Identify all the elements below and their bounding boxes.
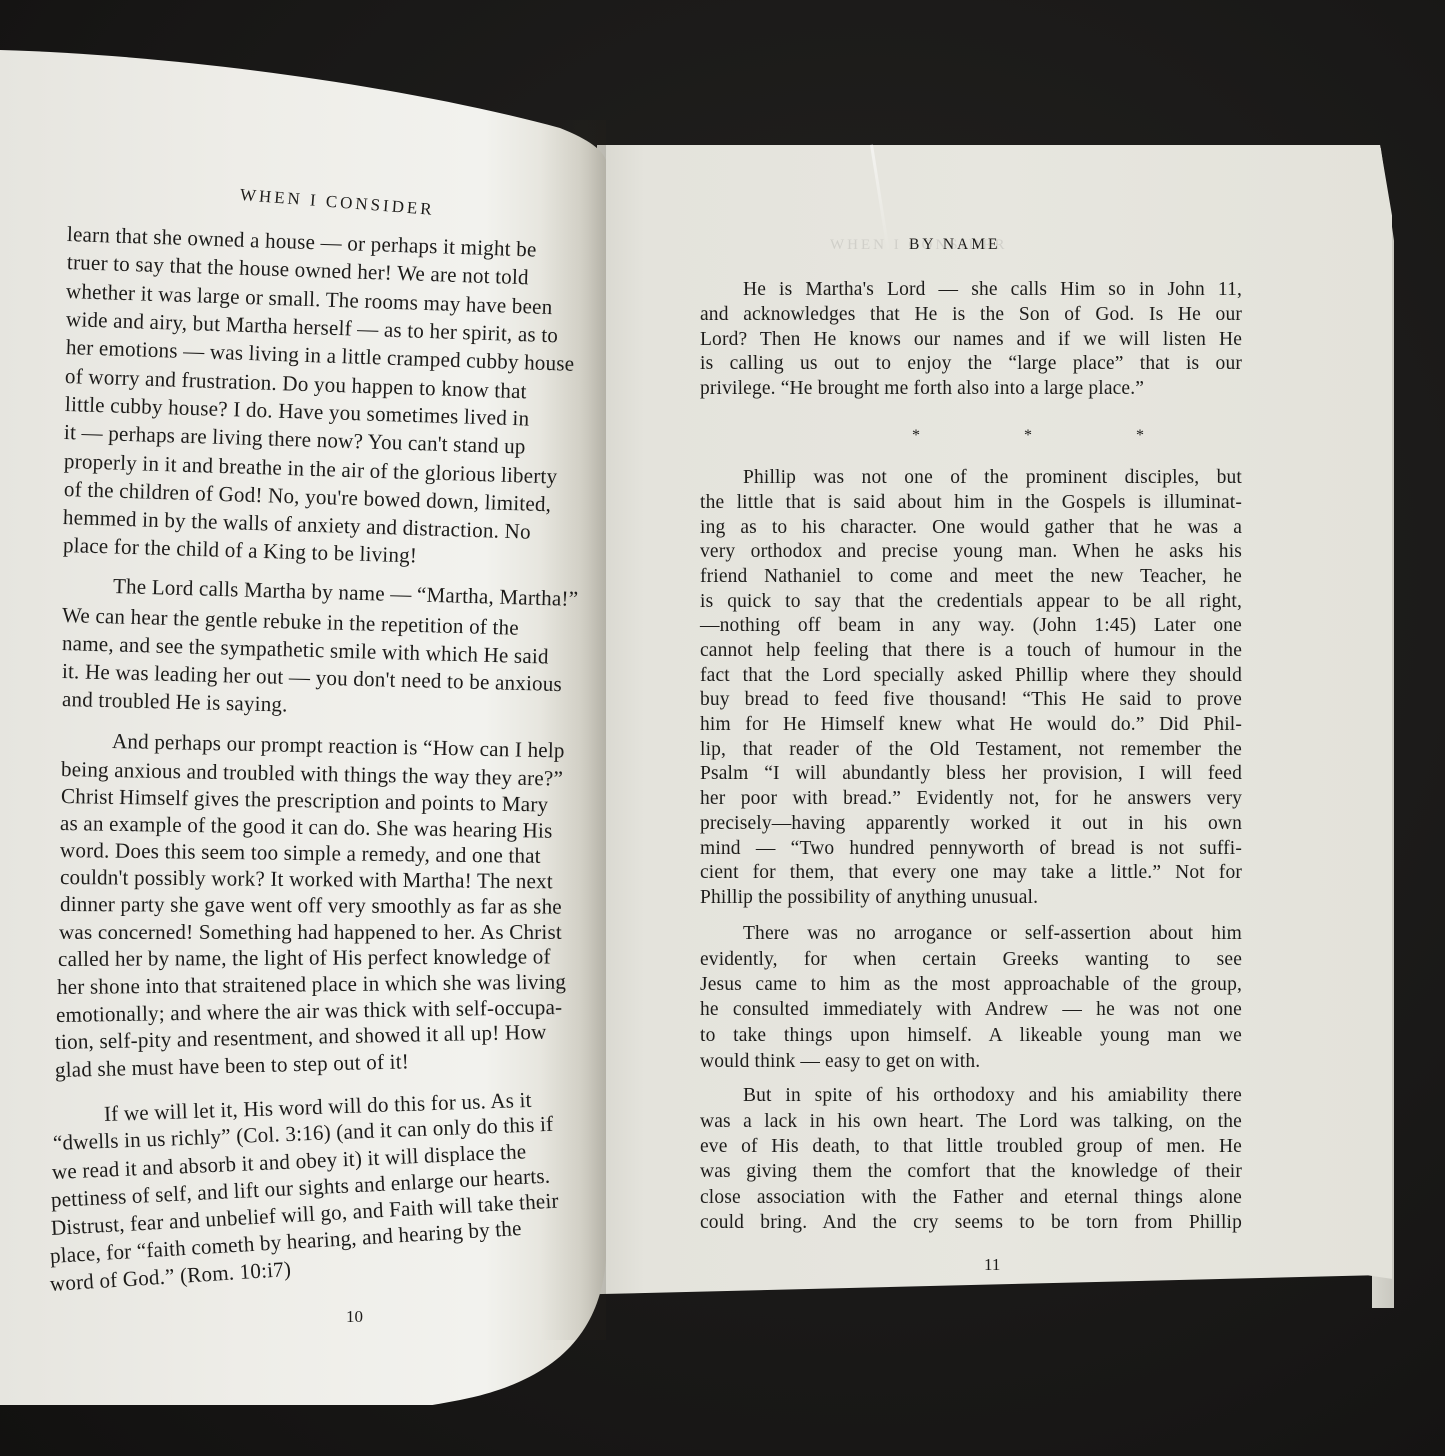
text-line: He is Martha's Lord — she calls Him so i… — [743, 280, 1242, 300]
text-line: couldn't possibly work? It worked with M… — [60, 867, 553, 893]
text-line: —nothing off beam in any way. (John 1:45… — [700, 616, 1242, 636]
text-line: friend Nathaniel to come and meet the ne… — [700, 567, 1242, 587]
text-line: is calling us out to enjoy the “large pl… — [700, 354, 1242, 374]
text-line: would think — easy to get on with. — [700, 1052, 1242, 1072]
text-line: Phillip was not one of the prominent dis… — [743, 468, 1242, 488]
text-line: to take things upon himself. A likeable … — [700, 1026, 1242, 1046]
text-line: was a lack in his own heart. The Lord wa… — [700, 1112, 1242, 1132]
text-line: cient for them, that every one may take … — [700, 863, 1242, 883]
text-line: very orthodox and precise young man. Whe… — [700, 542, 1242, 562]
text-line: Phillip the possibility of anything unus… — [700, 888, 1242, 908]
text-line: was giving them the comfort that the kno… — [700, 1162, 1242, 1182]
text-line: close association with the Father and et… — [700, 1188, 1242, 1208]
text-line: lip, that reader of the Old Testament, n… — [700, 740, 1242, 760]
text-line: cannot help feeling that there is a touc… — [700, 641, 1242, 661]
text-line: Lord? Then He knows our names and if we … — [700, 330, 1242, 350]
text-line: the little that is said about him in the… — [700, 493, 1242, 513]
text-line: him for He Himself knew what He would do… — [700, 715, 1242, 735]
text-line: Jesus came to him as the most approachab… — [700, 975, 1242, 995]
text-line: fact that the Lord specially asked Phill… — [700, 666, 1242, 686]
text-line: called her by name, the light of His per… — [58, 946, 551, 970]
text-line: dinner party she gave went off very smoo… — [60, 894, 562, 918]
text-line: There was no arrogance or self-assertion… — [743, 924, 1242, 944]
text-line: mind — “Two hundred pennyworth of bread … — [700, 839, 1242, 859]
text-line: is quick to say that the credentials app… — [700, 592, 1242, 612]
text-line: Psalm “I will abundantly bless her provi… — [700, 764, 1242, 784]
page-number-left: 10 — [346, 1307, 363, 1327]
section-break: * * * — [912, 427, 1194, 445]
text-line: was concerned! Something had happened to… — [59, 922, 562, 944]
text-line: privilege. “He brought me forth also int… — [700, 379, 1242, 399]
text-line: precisely—having apparently worked it ou… — [700, 814, 1242, 834]
text-line: ing as to his character. One would gathe… — [700, 518, 1242, 538]
text-line: eve of His death, to that little trouble… — [700, 1137, 1242, 1157]
running-header-right: BY NAME — [909, 236, 1000, 254]
text-line: buy bread to feed five thousand! “This H… — [700, 690, 1242, 710]
text-line: he consulted immediately with Andrew — h… — [700, 1000, 1242, 1020]
text-line: and acknowledges that He is the Son of G… — [700, 305, 1242, 325]
text-line: evidently, for when certain Greeks wanti… — [700, 950, 1242, 970]
text-line: But in spite of his orthodoxy and his am… — [743, 1086, 1242, 1106]
text-line: her poor with bread.” Evidently not, for… — [700, 789, 1242, 809]
text-line: could bring. And the cry seems to be tor… — [700, 1213, 1242, 1233]
page-number-right: 11 — [984, 1255, 1000, 1275]
